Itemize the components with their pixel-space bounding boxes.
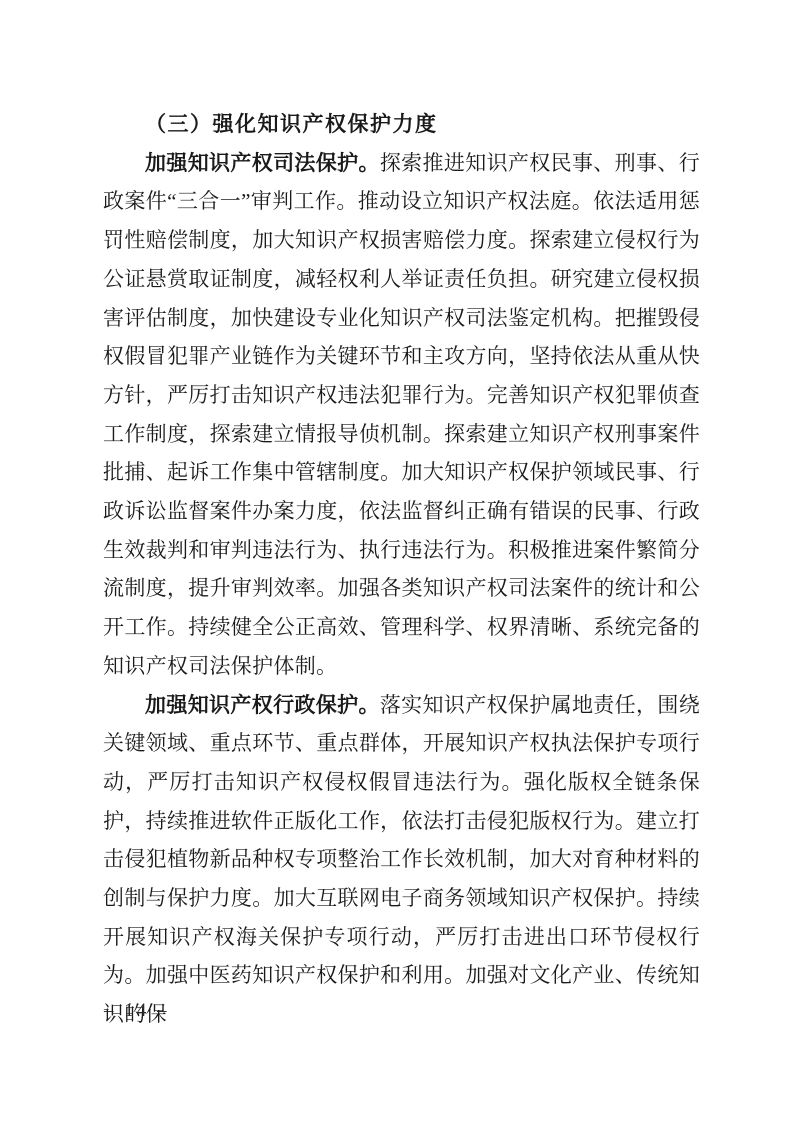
paragraph-administrative-protection: 加强知识产权行政保护。落实知识产权保护属地责任，围绕关键领域、重点环节、重点群体… (103, 686, 700, 1034)
document-page: （三）强化知识产权保护力度 加强知识产权司法保护。探索推进知识产权民事、刑事、行… (0, 0, 793, 1122)
paragraph-judicial-protection: 加强知识产权司法保护。探索推进知识产权民事、刑事、行政案件“三合一”审判工作。推… (103, 144, 700, 686)
paragraph-lead: 加强知识产权行政保护。 (145, 693, 380, 717)
paragraph-lead: 加强知识产权司法保护。 (145, 151, 380, 175)
page-number: – 14 – (104, 997, 170, 1025)
paragraph-body: 探索推进知识产权民事、刑事、行政案件“三合一”审判工作。推动设立知识产权法庭。依… (103, 151, 700, 678)
section-heading: （三）强化知识产权保护力度 (103, 105, 700, 144)
document-body: （三）强化知识产权保护力度 加强知识产权司法保护。探索推进知识产权民事、刑事、行… (103, 105, 700, 1034)
paragraph-body: 落实知识产权保护属地责任，围绕关键领域、重点环节、重点群体，开展知识产权执法保护… (103, 693, 700, 1027)
